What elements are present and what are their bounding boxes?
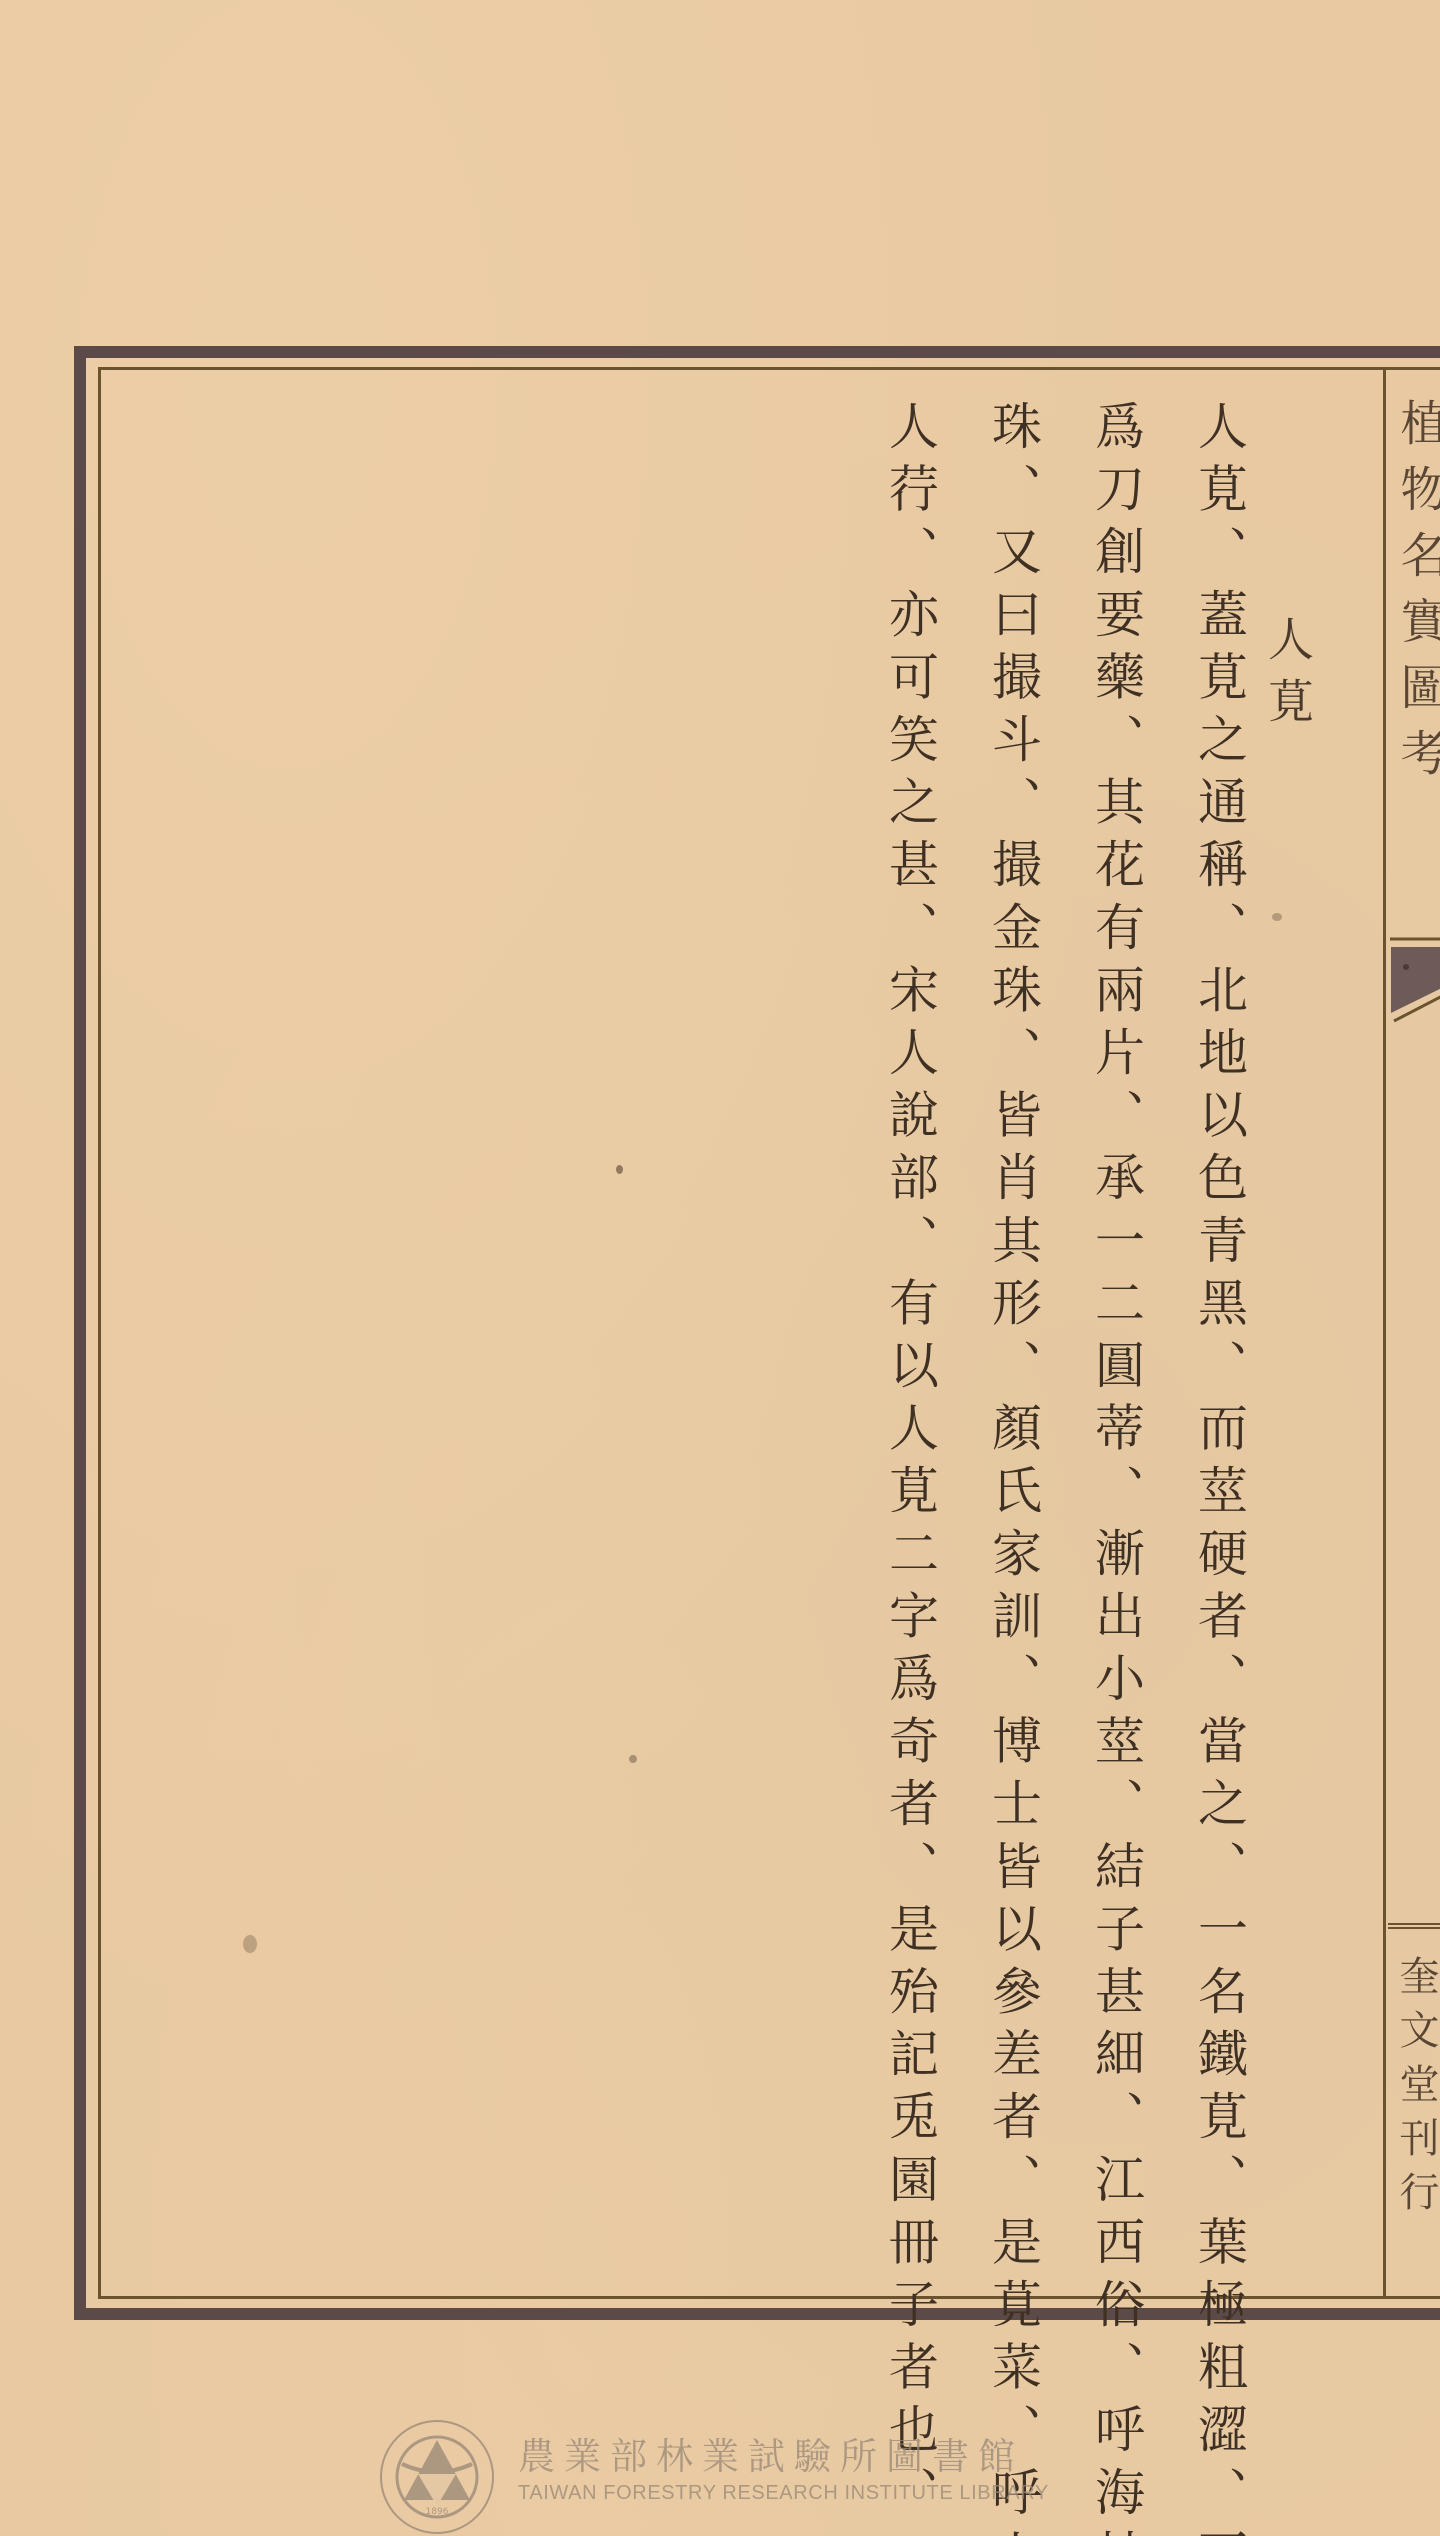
paper-speck xyxy=(243,1935,257,1953)
entry-body: 人莧、蓋莧之通稱、北地以色青黑、而莖硬者、當之、一名鐵莧、葉極粗澀、不中食、 爲… xyxy=(858,400,1270,2320)
margin-divider xyxy=(1388,1923,1440,1929)
body-column: 人荇、亦可笑之甚、宋人說部、有以人莧二字爲奇者、是殆記兎園冊子者也、 xyxy=(858,400,961,2320)
institute-seal-icon: 1896 xyxy=(378,2418,496,2536)
library-name-zh: 農業部林業試驗所圖書館 xyxy=(518,2426,1024,2480)
library-watermark: 1896 農業部林業試驗所圖書館 TAIWAN FORESTRY RESEARC… xyxy=(378,2418,1078,2536)
margin-book-title: 植物名實圖考 xyxy=(1396,398,1440,794)
paper-speck xyxy=(616,1165,623,1174)
body-column: 爲刀創要藥、其花有兩片、承一二圓蒂、漸出小莖、結子甚細、江西俗、呼海蚌含 xyxy=(1064,400,1167,2320)
margin-publisher: 奎文堂刊行 xyxy=(1396,1955,1436,2225)
margin-rule xyxy=(1383,369,1386,2297)
library-name-en: TAIWAN FORESTRY RESEARCH INSTITUTE LIBRA… xyxy=(518,2482,1049,2505)
paper-speck xyxy=(629,1755,637,1763)
body-column: 珠、又曰撮斗、撮金珠、皆肖其形、顏氏家訓、博士皆以參差者、是莧菜、呼人莧爲 xyxy=(961,400,1064,2320)
fishtail-mark-icon xyxy=(1388,935,1440,1035)
paper-speck xyxy=(1272,913,1282,921)
entry-heading: 人莧 xyxy=(1265,615,1311,739)
body-column: 人莧、蓋莧之通稱、北地以色青黑、而莖硬者、當之、一名鐵莧、葉極粗澀、不中食、 xyxy=(1167,400,1270,2320)
svg-text:1896: 1896 xyxy=(426,2507,449,2517)
